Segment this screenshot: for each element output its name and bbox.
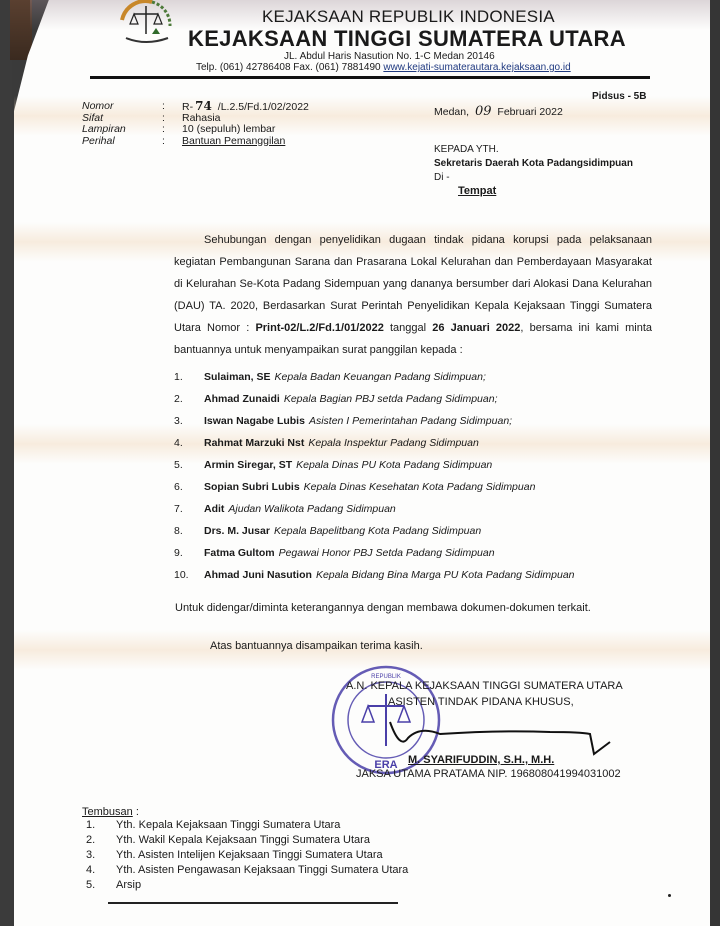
summons-name: Ahmad Zunaidi <box>204 388 280 410</box>
letter-date: Medan, 09 Februari 2022 <box>434 104 563 119</box>
signatory-rank-nip: JAKSA UTAMA PRATAMA NIP. 196808041994031… <box>356 768 621 780</box>
letter-meta: Nomor : R-74/L.2.5/Fd.1/02/2022 Sifat : … <box>82 101 309 147</box>
summons-number: 10. <box>174 564 204 586</box>
summons-item: 1.Sulaiman, SEKepala Badan Keuangan Pada… <box>174 366 575 388</box>
summons-number: 3. <box>174 410 204 432</box>
contact-phone-fax: Telp. (061) 42786408 Fax. (061) 7881490 <box>196 62 381 73</box>
summons-number: 8. <box>174 520 204 542</box>
date-city: Medan, <box>434 106 469 118</box>
speck <box>668 894 671 897</box>
meta-colon: : <box>162 101 182 113</box>
closing-line1: Untuk didengar/diminta keterangannya den… <box>175 602 591 614</box>
meta-nomor: Nomor : R-74/L.2.5/Fd.1/02/2022 <box>82 101 309 113</box>
form-code: Pidsus - 5B <box>592 91 646 102</box>
wood-surface <box>10 0 32 60</box>
recipient-block: KEPADA YTH. Sekretaris Daerah Kota Padan… <box>434 143 633 185</box>
tembusan-colon: : <box>133 806 139 818</box>
tembusan-number: 4. <box>82 863 116 878</box>
summons-item: 3.Iswan Nagabe LubisAsisten I Pemerintah… <box>174 410 575 432</box>
letterhead-address: JL. Abdul Haris Nasution No. 1-C Medan 2… <box>284 51 495 62</box>
tembusan-item: 3.Yth. Asisten Intelijen Kejaksaan Tingg… <box>82 848 408 863</box>
summons-role: Pegawai Honor PBJ Setda Padang Sidimpuan <box>279 542 495 564</box>
website-link[interactable]: www.kejati-sumaterautara.kejaksaan.go.id <box>383 62 570 73</box>
summons-name: Drs. M. Jusar <box>204 520 270 542</box>
letterhead-line1: KEJAKSAAN REPUBLIK INDONESIA <box>262 7 555 27</box>
letterhead-contact: Telp. (061) 42786408 Fax. (061) 7881490 … <box>196 62 571 73</box>
summons-item: 9.Fatma GultomPegawai Honor PBJ Setda Pa… <box>174 542 575 564</box>
tembusan-text: Yth. Asisten Intelijen Kejaksaan Tinggi … <box>116 848 383 863</box>
tembusan-number: 2. <box>82 833 116 848</box>
tembusan-number: 3. <box>82 848 116 863</box>
recipient-salutation: KEPADA YTH. <box>434 143 633 157</box>
summons-role: Kepala Bapelitbang Kota Padang Sidimpuan <box>274 520 481 542</box>
summons-number: 5. <box>174 454 204 476</box>
date-day-handwritten: 09 <box>475 104 492 119</box>
meta-value: R-74/L.2.5/Fd.1/02/2022 <box>182 101 309 113</box>
tembusan-block: Tembusan : 1.Yth. Kepala Kejaksaan Tingg… <box>82 806 408 893</box>
letterhead-line2: KEJAKSAAN TINGGI SUMATERA UTARA <box>188 26 626 52</box>
meta-lampiran: Lampiran : 10 (sepuluh) lembar <box>82 124 309 136</box>
closing-line2: Atas bantuannya disampaikan terima kasih… <box>210 640 423 652</box>
summons-item: 7.AditAjudan Walikota Padang Sidimpuan <box>174 498 575 520</box>
summons-role: Kepala Inspektur Padang Sidimpuan <box>308 432 478 454</box>
summons-name: Armin Siregar, ST <box>204 454 292 476</box>
recipient-tempat: Tempat <box>458 185 496 197</box>
letterhead-rule <box>90 76 650 79</box>
summons-name: Iswan Nagabe Lubis <box>204 410 305 432</box>
meta-colon: : <box>162 124 182 136</box>
summons-name: Fatma Gultom <box>204 542 275 564</box>
summons-role: Ajudan Walikota Padang Sidimpuan <box>228 498 395 520</box>
tembusan-text: Yth. Asisten Pengawasan Kejaksaan Tinggi… <box>116 863 408 878</box>
summons-role: Asisten I Pemerintahan Padang Sidimpuan; <box>309 410 512 432</box>
body-paragraph: Sehubungan dengan penyelidikan dugaan ti… <box>174 229 652 361</box>
tembusan-text: Arsip <box>116 878 141 893</box>
nomor-suffix: /L.2.5/Fd.1/02/2022 <box>218 101 309 113</box>
letter-body: Sehubungan dengan penyelidikan dugaan ti… <box>174 229 652 361</box>
dark-background-right <box>710 0 720 926</box>
tembusan-list: 1.Yth. Kepala Kejaksaan Tinggi Sumatera … <box>82 818 408 893</box>
summons-list: 1.Sulaiman, SEKepala Badan Keuangan Pada… <box>174 366 575 586</box>
signatory-name: M. SYARIFUDDIN, S.H., M.H. <box>408 754 554 766</box>
tembusan-text: Yth. Kepala Kejaksaan Tinggi Sumatera Ut… <box>116 818 340 833</box>
tembusan-title: Tembusan <box>82 806 133 818</box>
summons-name: Sulaiman, SE <box>204 366 271 388</box>
tembusan-text: Yth. Wakil Kepala Kejaksaan Tinggi Sumat… <box>116 833 370 848</box>
body-text: tanggal <box>384 322 432 334</box>
meta-value: Bantuan Pemanggilan <box>182 136 285 148</box>
meta-value: 10 (sepuluh) lembar <box>182 124 275 136</box>
summons-item: 5.Armin Siregar, STKepala Dinas PU Kota … <box>174 454 575 476</box>
tembusan-item: 4.Yth. Asisten Pengawasan Kejaksaan Ting… <box>82 863 408 878</box>
nomor-handwritten: 74 <box>195 99 212 113</box>
kejaksaan-scales-emblem-icon <box>112 0 180 46</box>
meta-perihal: Perihal : Bantuan Pemanggilan <box>82 136 309 148</box>
summons-name: Ahmad Juni Nasution <box>204 564 312 586</box>
summons-number: 7. <box>174 498 204 520</box>
summons-name: Sopian Subri Lubis <box>204 476 300 498</box>
tembusan-heading: Tembusan : <box>82 806 408 818</box>
summons-role: Kepala Bidang Bina Marga PU Kota Padang … <box>316 564 575 586</box>
summons-role: Kepala Badan Keuangan Padang Sidimpuan; <box>275 366 486 388</box>
signature-on-behalf: A.N. KEPALA KEJAKSAAN TINGGI SUMATERA UT… <box>346 680 623 692</box>
summons-role: Kepala Dinas Kesehatan Kota Padang Sidim… <box>304 476 536 498</box>
summons-number: 9. <box>174 542 204 564</box>
tembusan-item: 5.Arsip <box>82 878 408 893</box>
meta-label: Lampiran <box>82 124 162 136</box>
summons-role: Kepala Bagian PBJ setda Padang Sidimpuan… <box>284 388 498 410</box>
tembusan-underline <box>108 902 398 904</box>
summons-number: 2. <box>174 388 204 410</box>
summons-name: Adit <box>204 498 224 520</box>
summons-item: 8.Drs. M. JusarKepala Bapelitbang Kota P… <box>174 520 575 542</box>
tembusan-number: 5. <box>82 878 116 893</box>
meta-label: Perihal <box>82 136 162 148</box>
meta-colon: : <box>162 113 182 125</box>
tembusan-number: 1. <box>82 818 116 833</box>
summons-item: 6.Sopian Subri LubisKepala Dinas Kesehat… <box>174 476 575 498</box>
summons-number: 4. <box>174 432 204 454</box>
summons-number: 1. <box>174 366 204 388</box>
warrant-date: 26 Januari 2022 <box>432 322 520 334</box>
recipient-name: Sekretaris Daerah Kota Padangsidimpuan <box>434 157 633 171</box>
tembusan-item: 2.Yth. Wakil Kepala Kejaksaan Tinggi Sum… <box>82 833 408 848</box>
dark-background-left <box>0 0 12 926</box>
summons-item: 2.Ahmad ZunaidiKepala Bagian PBJ setda P… <box>174 388 575 410</box>
summons-role: Kepala Dinas PU Kota Padang Sidimpuan <box>296 454 492 476</box>
summons-item: 10.Ahmad Juni NasutionKepala Bidang Bina… <box>174 564 575 586</box>
warrant-number: Print-02/L.2/Fd.1/01/2022 <box>255 322 383 334</box>
tembusan-item: 1.Yth. Kepala Kejaksaan Tinggi Sumatera … <box>82 818 408 833</box>
summons-number: 6. <box>174 476 204 498</box>
summons-item: 4.Rahmat Marzuki NstKepala Inspektur Pad… <box>174 432 575 454</box>
signature-title: ASISTEN TINDAK PIDANA KHUSUS, <box>388 696 574 708</box>
meta-colon: : <box>162 136 182 148</box>
summons-name: Rahmat Marzuki Nst <box>204 432 304 454</box>
meta-label: Nomor <box>82 101 162 113</box>
date-month-year: Februari 2022 <box>497 106 562 118</box>
recipient-di: Di - <box>434 171 633 185</box>
body-text: Sehubungan dengan penyelidikan dugaan ti… <box>174 234 652 334</box>
